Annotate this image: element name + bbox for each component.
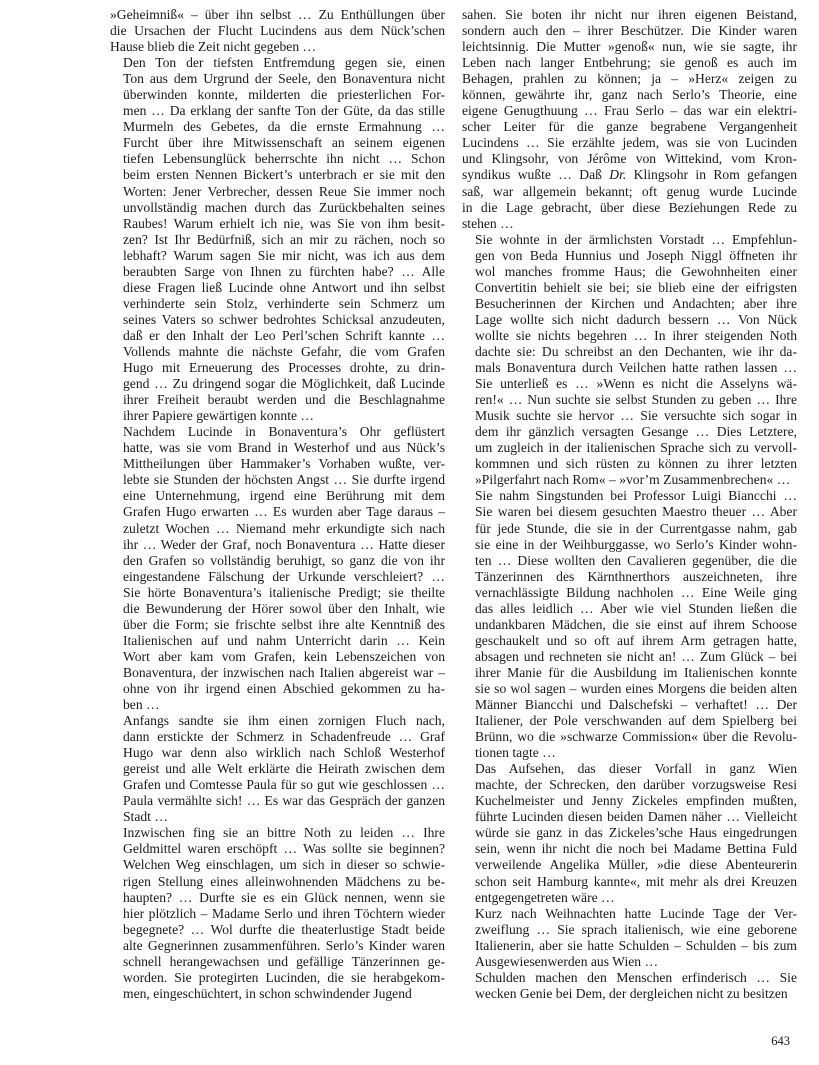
paragraph: Den Ton der tiefsten Entfremdung gegen s… bbox=[110, 55, 445, 424]
text-line: daß er den Inhalt der Leo Perl’schen Sch… bbox=[110, 328, 445, 344]
text-line: gereist und alle Welt erklärte die Heira… bbox=[110, 761, 445, 777]
text-line: Convertitin behielt sie bei; sie blieb e… bbox=[462, 280, 797, 296]
text-line: sie so wol sagen – wurden eines Morgens … bbox=[462, 681, 797, 697]
text-line: Wort aber kam vom Grafen, kein Lebenszei… bbox=[110, 649, 445, 665]
text-line: Musik suchte sie hervor … Sie versuchte … bbox=[462, 408, 797, 424]
text-line: sahen. Sie boten ihr nicht nur ihren eig… bbox=[462, 7, 797, 23]
text-column-left: »Geheimniß« – über ihn selbst … Zu Enthü… bbox=[110, 7, 445, 1002]
text-line: unvollständig machen durch das Zurückbeh… bbox=[110, 200, 445, 216]
text-line: Sie waren bei diesem gesuchten Maestro t… bbox=[462, 504, 797, 520]
text-line: gend … Zu dringend sogar die Möglichkeit… bbox=[110, 376, 445, 392]
text-line: Hugo mit Erneuerung des Processes drohte… bbox=[110, 360, 445, 376]
text-line: saß, war allgemein bekannt; oft genug wu… bbox=[462, 184, 797, 200]
text-line: alte Gegnerinnen zusammenführen. Serlo’s… bbox=[110, 938, 445, 954]
text-line: Paula vermählte sich! … Es war das Gespr… bbox=[110, 793, 445, 809]
text-line: Brünn, wo die »schwarze Commission« über… bbox=[462, 729, 797, 745]
text-line: entgegengetreten wäre … bbox=[462, 890, 797, 906]
page-number: 643 bbox=[740, 1034, 790, 1049]
text-line: ihr … Weder der Graf, noch Bonaventura …… bbox=[110, 537, 445, 553]
text-line: wol manches fromme Haus; die Gewohnheite… bbox=[462, 264, 797, 280]
text-line: Bonaventura, der inzwischen nach Italien… bbox=[110, 665, 445, 681]
text-line: diese Fragen ließ Lucinde ohne Antwort u… bbox=[110, 280, 445, 296]
text-line: für jede Stunde, die sie in der Currentg… bbox=[462, 521, 797, 537]
text-line: scher Leiter für die ganze begrabene Ver… bbox=[462, 119, 797, 135]
text-line: die Ursachen der Flucht Lucindens aus de… bbox=[110, 23, 445, 39]
text-line: können, gewährte ihr, ganz nach Serlo’s … bbox=[462, 87, 797, 103]
text-column-right: sahen. Sie boten ihr nicht nur ihren eig… bbox=[462, 7, 797, 1002]
text-line: eine Unternehmung, irgend eine Berührung… bbox=[110, 488, 445, 504]
text-line: Lucindens … Sie erzählte jedem, was sie … bbox=[462, 135, 797, 151]
text-line: sein, wenn ihr nicht die noch bei Madame… bbox=[462, 841, 797, 857]
text-line: haupten? … Durfte sie es ein Glück nenne… bbox=[110, 890, 445, 906]
text-line: verhinderte sein Stolz, verhinderte sein… bbox=[110, 296, 445, 312]
text-line: Ton aus dem Urgrund der Seele, den Bonav… bbox=[110, 71, 445, 87]
text-line: leichtsinnig. Die Mutter »genoß« nun, wi… bbox=[462, 39, 797, 55]
text-line: Besucherinnen der Kirchen und Andachten;… bbox=[462, 296, 797, 312]
text-line: beraubten Sarge von Ihnen zu fürchten ha… bbox=[110, 264, 445, 280]
text-line: Italienischen auf und nahm Unterricht da… bbox=[110, 633, 445, 649]
text-line: verweilende Angelika Müller, »die diese … bbox=[462, 857, 797, 873]
text-line: hatte, was sie vom Brand in Westerhof un… bbox=[110, 440, 445, 456]
text-line: ihrer Manie für die Ausbildung im Italie… bbox=[462, 665, 797, 681]
text-line: tionen tagte … bbox=[462, 745, 797, 761]
text-line: Raubes! Warum erhielt ich nie, was Sie v… bbox=[110, 216, 445, 232]
text-line: dann erstickte der Schmerz in Schadenfre… bbox=[110, 729, 445, 745]
text-line: dachte sie: Du schreibst an den Dechante… bbox=[462, 344, 797, 360]
text-line: tiefen Lebensunglück beherrschte ihn nic… bbox=[110, 151, 445, 167]
text-line: eingestandene Fälschung der Urkunde vers… bbox=[110, 569, 445, 585]
text-line: »Pilgerfahrt nach Rom« – »vor’m Zusammen… bbox=[462, 472, 797, 488]
text-line: Sie nahm Singstunden bei Professor Luigi… bbox=[462, 488, 797, 504]
text-line: stehen … bbox=[462, 216, 797, 232]
paragraph: Sie wohnte in der ärmlichsten Vorstadt …… bbox=[462, 232, 797, 489]
text-line: ben … bbox=[110, 697, 445, 713]
text-line: ren!« … Nun suchte sie selbst Stunden zu… bbox=[462, 392, 797, 408]
paragraph: Schulden machen den Menschen erfinderisc… bbox=[462, 970, 797, 1002]
text-line: zuletzt Wochen … Niemand mehr erkundigte… bbox=[110, 521, 445, 537]
text-line: Nachdem Lucinde in Bonaventura’s Ohr gef… bbox=[110, 424, 445, 440]
text-line: Sie hörte Bonaventura’s italienische Pre… bbox=[110, 585, 445, 601]
book-page: »Geheimniß« – über ihn selbst … Zu Enthü… bbox=[0, 0, 819, 1065]
text-line: vernachlässigte Bildung nachholen … Eine… bbox=[462, 585, 797, 601]
text-line: um zugleich in der italienischen Sprache… bbox=[462, 440, 797, 456]
text-line: Lage wollte sich nicht dadurch bessern …… bbox=[462, 312, 797, 328]
text-line: überwinden konnte, milderten die prieste… bbox=[110, 87, 445, 103]
text-line: men … Da erklang der sanfte Ton der Güte… bbox=[110, 103, 445, 119]
text-line: zen? Ist Ihr Bedürfniß, sich an mir zu r… bbox=[110, 232, 445, 248]
text-line: Inzwischen fing sie an bittre Noth zu le… bbox=[110, 825, 445, 841]
text-line: Italiener, der Pole verschwanden auf dem… bbox=[462, 713, 797, 729]
text-line: geschaukelt und so oft auf ihrem Arm get… bbox=[462, 633, 797, 649]
paragraph: »Geheimniß« – über ihn selbst … Zu Enthü… bbox=[110, 7, 445, 55]
text-line: Das Aufsehen, das dieser Vorfall in ganz… bbox=[462, 761, 797, 777]
text-line: Grafen und Comtesse Paula für so gut wie… bbox=[110, 777, 445, 793]
text-line: »Geheimniß« – über ihn selbst … Zu Enthü… bbox=[110, 7, 445, 23]
text-line: ten … Diese wollten den Cavalieren gegen… bbox=[462, 553, 797, 569]
text-line: Hause blieb die Zeit nicht gegeben … bbox=[110, 39, 445, 55]
text-line: rigen Stellung eines alleinwohnenden Mäd… bbox=[110, 874, 445, 890]
text-line: Kurz nach Weihnachten hatte Lucinde Tage… bbox=[462, 906, 797, 922]
text-line: wecken Genie bei Dem, der dergleichen ni… bbox=[462, 986, 797, 1002]
text-line: machte, der Schrecken, den darüber vorzu… bbox=[462, 777, 797, 793]
text-line: Schulden machen den Menschen erfinderisc… bbox=[462, 970, 797, 986]
text-line: die Bewunderung der Hörer sowol über den… bbox=[110, 601, 445, 617]
text-line: Tänzerinnen des Kärnthnerthors auszeichn… bbox=[462, 569, 797, 585]
paragraph: Sie nahm Singstunden bei Professor Luigi… bbox=[462, 488, 797, 761]
text-line: wollte sie nichts begehren … In ihrer st… bbox=[462, 328, 797, 344]
text-line: lebte sie Stunden der höchsten Angst … S… bbox=[110, 472, 445, 488]
text-line: men, eingeschüchtert, in schon schwinden… bbox=[110, 986, 445, 1002]
paragraph: sahen. Sie boten ihr nicht nur ihren eig… bbox=[462, 7, 797, 232]
text-line: das alles leidlich … Aber wie viel Stund… bbox=[462, 601, 797, 617]
text-line: ohne von ihr irgend einen Abschied gekom… bbox=[110, 681, 445, 697]
text-line: kommnen und sich rüsten zu können zu ihr… bbox=[462, 456, 797, 472]
text-line: und Klingsohr, von Jérôme von Wittekind,… bbox=[462, 151, 797, 167]
text-line: Stadt … bbox=[110, 809, 445, 825]
text-line: mals Bonaventura durch Veilchen hatte ra… bbox=[462, 360, 797, 376]
text-line: beim ersten Nennen Bickert’s unterbrach … bbox=[110, 167, 445, 183]
text-line: Italienerin, aber sie hatte Schulden – S… bbox=[462, 938, 797, 954]
text-line: Welchen Weg einschlagen, um sich in dies… bbox=[110, 857, 445, 873]
text-line: begegnete? … Wol durfte die theaterlusti… bbox=[110, 922, 445, 938]
text-line: Hugo war denn also wirklich nach Schloß … bbox=[110, 745, 445, 761]
text-line: undankbaren Mädchen, die sie einst auf i… bbox=[462, 617, 797, 633]
text-line: seines Vaters so schwer bedrohtes Schick… bbox=[110, 312, 445, 328]
text-line: schnell herangewachsen und gefällige Tän… bbox=[110, 954, 445, 970]
text-line: eigene Genugthuung … Frau Serlo – das wa… bbox=[462, 103, 797, 119]
text-line: zweiflung … Sie sprach italienisch, wie … bbox=[462, 922, 797, 938]
text-line: in die Lage gebracht, über diese Beziehu… bbox=[462, 200, 797, 216]
text-line: gen von Beda Hunnius und Joseph Niggl öf… bbox=[462, 248, 797, 264]
text-line: Leben nach langer Entbehrung; sie genoß … bbox=[462, 55, 797, 71]
text-line: ihrer Freiheit beraubt werden und die Be… bbox=[110, 392, 445, 408]
text-line: worden. Sie protegirten Lucinden, die si… bbox=[110, 970, 445, 986]
paragraph: Nachdem Lucinde in Bonaventura’s Ohr gef… bbox=[110, 424, 445, 713]
text-line: Den Ton der tiefsten Entfremdung gegen s… bbox=[110, 55, 445, 71]
text-line: Murmeln des Gebetes, da die ernste Ermah… bbox=[110, 119, 445, 135]
text-line: absagen und rechneten sie nicht an! … Zu… bbox=[462, 649, 797, 665]
text-line: sondern auch den – ihrer Beschützer. Die… bbox=[462, 23, 797, 39]
paragraph: Anfangs sandte sie ihm einen zornigen Fl… bbox=[110, 713, 445, 825]
text-line: Vollends mahnte die nächste Gefahr, die … bbox=[110, 344, 445, 360]
paragraph: Inzwischen fing sie an bittre Noth zu le… bbox=[110, 825, 445, 1002]
text-line: Ausgewiesenwerden aus Wien … bbox=[462, 954, 797, 970]
text-line: Männer Biancchi und Dalschefski – verhaf… bbox=[462, 697, 797, 713]
text-line: würde sie ganz in das Zickeles’sche Haus… bbox=[462, 825, 797, 841]
text-line: führte Lucinden diesen beiden Damen nähe… bbox=[462, 809, 797, 825]
text-line: dem ihr gänzlich versagten Gesange … Die… bbox=[462, 424, 797, 440]
text-line: Furcht über ihre Mitwissenschaft an sein… bbox=[110, 135, 445, 151]
text-line: hier plötzlich – Madame Serlo und ihren … bbox=[110, 906, 445, 922]
text-line: über die Form; sie frischte selbst ihre … bbox=[110, 617, 445, 633]
paragraph: Das Aufsehen, das dieser Vorfall in ganz… bbox=[462, 761, 797, 905]
text-line: Mittheilungen über Hammaker’s Vorhaben w… bbox=[110, 456, 445, 472]
text-line: Geldmittel waren erschöpft … Was sollte … bbox=[110, 841, 445, 857]
text-line: Anfangs sandte sie ihm einen zornigen Fl… bbox=[110, 713, 445, 729]
text-line: Sie unterließ es … »Wenn es nicht die As… bbox=[462, 376, 797, 392]
text-line: Sie wohnte in der ärmlichsten Vorstadt …… bbox=[462, 232, 797, 248]
text-line: Behagen, prahlen zu können; ja – »Herz« … bbox=[462, 71, 797, 87]
text-line: Grafen Hugo erwarten … Es wurden aber Ta… bbox=[110, 504, 445, 520]
text-line: Worten: Jener Verbrecher, dessen Reue Si… bbox=[110, 184, 445, 200]
text-line: ihrer Papiere gewärtigen konnte … bbox=[110, 408, 445, 424]
text-line: syndikus wußte … Daß Dr. Klingsohr in Ro… bbox=[462, 167, 797, 183]
text-line: sie eine in der Weihburggasse, wo Serlo’… bbox=[462, 537, 797, 553]
text-line: lebhaft? Warum sagen Sie mir nicht, was … bbox=[110, 248, 445, 264]
paragraph: Kurz nach Weihnachten hatte Lucinde Tage… bbox=[462, 906, 797, 970]
text-line: den Grafen so vollständig beruhigt, so g… bbox=[110, 553, 445, 569]
text-line: Kuchelmeister und Jenny Zickeles empfind… bbox=[462, 793, 797, 809]
text-line: schon seit Hamburg kannte«, mit mehr als… bbox=[462, 874, 797, 890]
